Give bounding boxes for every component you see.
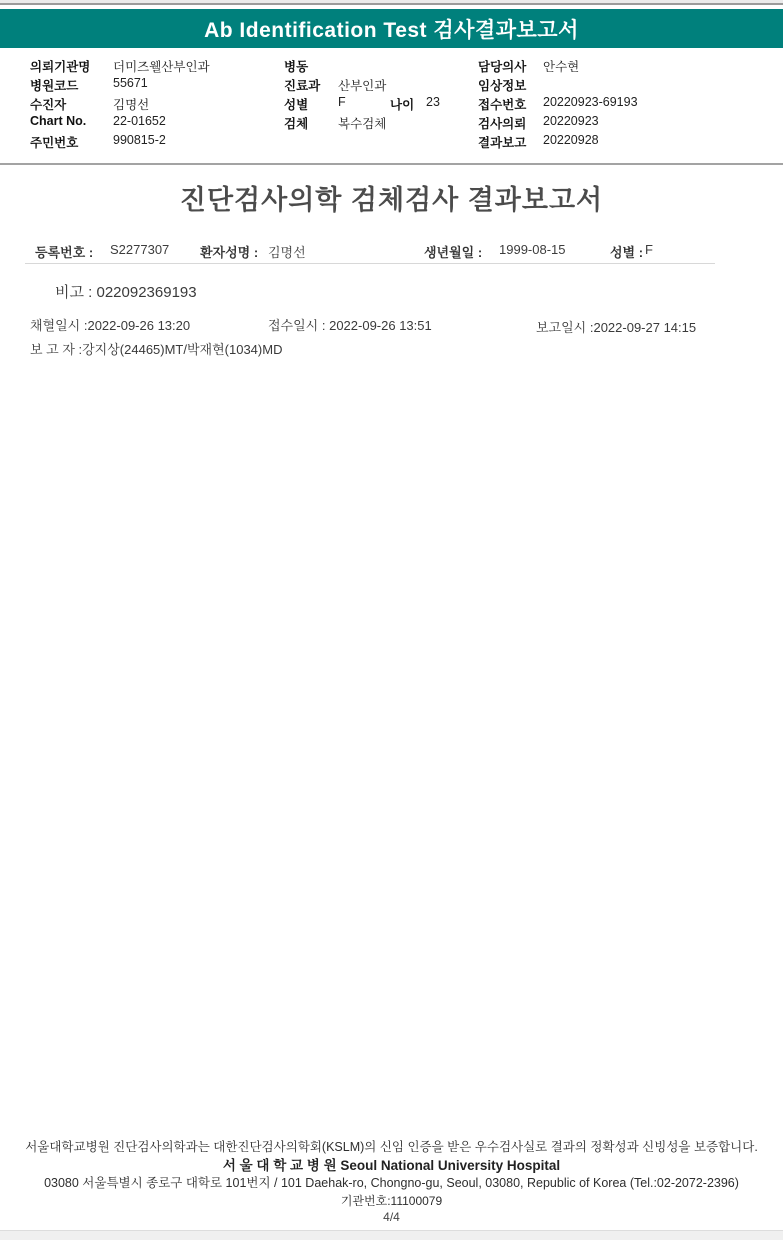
report-title: Ab Identification Test 검사결과보고서 bbox=[204, 14, 579, 44]
patient-row-divider bbox=[25, 263, 715, 264]
field-value-result-reported: 20220928 bbox=[543, 133, 599, 147]
patient-sex: F bbox=[645, 242, 653, 257]
field-label-department: 진료과 bbox=[284, 76, 320, 94]
reporter-label: 보 고 자 : bbox=[30, 342, 82, 357]
field-label-chart-no: Chart No. bbox=[30, 114, 86, 128]
patient-sex-label: 성별 : bbox=[610, 242, 643, 261]
document-title: 진단검사의학 검체검사 결과보고서 bbox=[0, 178, 783, 217]
field-label-requesting-org: 의뢰기관명 bbox=[30, 57, 90, 75]
patient-reg-no: S2277307 bbox=[110, 242, 169, 257]
report-page: { "colors": { "banner_teal": "#00807c", … bbox=[0, 0, 783, 1240]
field-label-examinee: 수진자 bbox=[30, 95, 66, 113]
field-label-clinical-info: 임상정보 bbox=[478, 76, 526, 94]
field-label-sex: 성별 bbox=[284, 95, 308, 113]
field-label-doctor: 담당의사 bbox=[478, 57, 526, 75]
field-value-resident-no: 990815-2 bbox=[113, 133, 166, 147]
footer-org-number: 기관번호:11100079 bbox=[0, 1192, 783, 1209]
note-label: 비고 : bbox=[55, 284, 92, 301]
collected-value: 2022-09-26 13:20 bbox=[87, 318, 190, 333]
patient-name: 김명선 bbox=[268, 242, 306, 261]
reported-label: 보고일시 : bbox=[536, 320, 593, 335]
reported-datetime-row: 보고일시 :2022-09-27 14:15 bbox=[536, 317, 696, 336]
patient-reg-no-label: 등록번호 : bbox=[35, 242, 93, 261]
window-top-divider bbox=[0, 3, 783, 5]
field-label-test-requested: 검사의뢰 bbox=[478, 114, 526, 132]
field-label-resident-no: 주민번호 bbox=[30, 133, 78, 151]
patient-birth: 1999-08-15 bbox=[499, 242, 566, 257]
collected-datetime-row: 채혈일시 :2022-09-26 13:20 bbox=[30, 315, 190, 334]
note-row: 비고 : 022092369193 bbox=[55, 281, 197, 302]
field-value-accession-no: 20220923-69193 bbox=[543, 95, 638, 109]
field-value-chart-no: 22-01652 bbox=[113, 114, 166, 128]
patient-birth-label: 생년월일 : bbox=[424, 242, 482, 261]
header-divider bbox=[0, 163, 783, 165]
window-bottom-strip bbox=[0, 1230, 783, 1240]
field-value-hospital-code: 55671 bbox=[113, 76, 148, 90]
received-datetime-row: 접수일시 : 2022-09-26 13:51 bbox=[268, 315, 432, 334]
reporter-row: 보 고 자 :강지상(24465)MT/박재현(1034)MD bbox=[30, 339, 282, 358]
field-label-hospital-code: 병원코드 bbox=[30, 76, 78, 94]
field-value-test-requested: 20220923 bbox=[543, 114, 599, 128]
note-value: 022092369193 bbox=[97, 284, 197, 301]
field-label-ward: 병동 bbox=[284, 57, 308, 75]
field-value-examinee: 김명선 bbox=[113, 95, 149, 113]
page-indicator: 4/4 bbox=[0, 1210, 783, 1224]
collected-label: 채혈일시 : bbox=[30, 318, 87, 333]
received-value: 2022-09-26 13:51 bbox=[329, 318, 432, 333]
footer-accreditation: 서울대학교병원 진단검사의학과는 대한진단검사의학회(KSLM)의 신임 인증을… bbox=[0, 1137, 783, 1155]
field-label-age: 나이 bbox=[390, 95, 414, 113]
field-label-result-reported: 결과보고 bbox=[478, 133, 526, 151]
patient-name-label: 환자성명 : bbox=[200, 242, 258, 261]
field-value-age: 23 bbox=[426, 95, 440, 109]
footer-hospital-name: 서 울 대 학 교 병 원 Seoul National University … bbox=[0, 1154, 783, 1174]
field-value-requesting-org: 더미즈웰산부인과 bbox=[113, 57, 210, 75]
received-label: 접수일시 : bbox=[268, 318, 325, 333]
field-value-department: 산부인과 bbox=[338, 76, 386, 94]
reporter-value: 강지상(24465)MT/박재현(1034)MD bbox=[82, 342, 282, 357]
reported-value: 2022-09-27 14:15 bbox=[593, 320, 696, 335]
field-value-sex: F bbox=[338, 95, 346, 109]
field-value-specimen: 복수검체 bbox=[338, 114, 386, 132]
footer-address: 03080 서울특별시 종로구 대학로 101번지 / 101 Daehak-r… bbox=[0, 1173, 783, 1191]
field-value-doctor: 안수현 bbox=[543, 57, 579, 75]
field-label-specimen: 검체 bbox=[284, 114, 308, 132]
report-title-banner: Ab Identification Test 검사결과보고서 bbox=[0, 9, 783, 48]
field-label-accession-no: 접수번호 bbox=[478, 95, 526, 113]
